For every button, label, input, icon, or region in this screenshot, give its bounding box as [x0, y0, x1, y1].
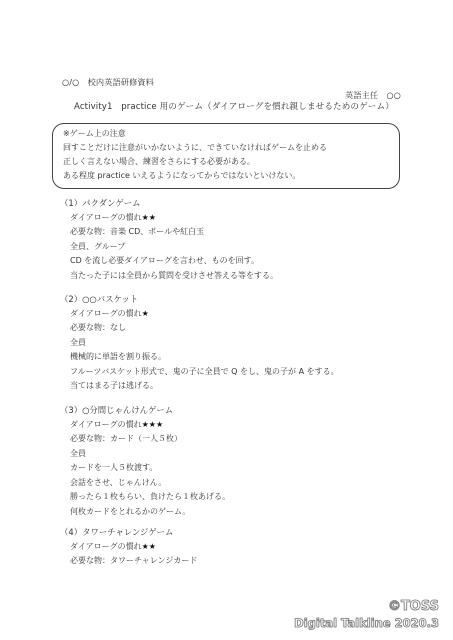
familiarity-rating: ダイアローグの慣れ★★	[60, 211, 278, 226]
section-item: CD を流し必要ダイアローグを言わせ、ものを回す。	[60, 254, 278, 269]
familiarity-label: ダイアローグの慣れ	[70, 309, 142, 318]
section-item: フルーツバスケット形式で、鬼の子に全員で Q をし、鬼の子が A をする。	[60, 365, 339, 380]
section-title: （2）○○バスケット	[60, 292, 339, 307]
familiarity-label: ダイアローグの慣れ	[70, 213, 142, 222]
section-item: 当てはまる子は逃げる。	[60, 379, 339, 394]
section-item: 必要な物：なし	[60, 321, 339, 336]
star-rating-icon: ★★★	[142, 420, 164, 429]
game-section-2: （2）○○バスケット ダイアローグの慣れ★ 必要な物：なし 全員 機械的に単語を…	[60, 292, 339, 394]
section-item: 当たった子には全員から質問を受けさせ答える等をする。	[60, 269, 278, 284]
section-title: （3）○分間じゃんけんゲーム	[60, 403, 230, 418]
notice-line: ある程度 practice いえるようになってからではないといけない。	[63, 170, 300, 182]
familiarity-rating: ダイアローグの慣れ★★	[60, 540, 197, 555]
star-rating-icon: ★	[142, 309, 149, 318]
familiarity-label: ダイアローグの慣れ	[70, 542, 142, 551]
notice-heading: ※ゲーム上の注意	[63, 128, 126, 140]
section-item: 全員、グループ	[60, 240, 278, 255]
document-date-line: ○/○ 校内英語研修資料	[62, 76, 154, 88]
document-author-line: 英語主任 ○○	[345, 89, 401, 101]
familiarity-label: ダイアローグの慣れ	[70, 420, 142, 429]
star-rating-icon: ★★	[142, 542, 156, 551]
section-item: 必要な物：カード（一人５枚）	[60, 432, 230, 447]
section-item: 必要な物：タワーチャレンジカード	[60, 554, 197, 569]
section-item: 会話をさせ、じゃんけん。	[60, 476, 230, 491]
section-item: 機械的に単語を割り振る。	[60, 350, 339, 365]
section-item: 全員	[60, 336, 339, 351]
publication-watermark: Digital Talkline 2020.3	[294, 616, 439, 630]
section-item: 必要な物：音楽 CD、ボールや紅白玉	[60, 225, 278, 240]
notice-line: 回すことだけに注意がいかないように、できていなければゲームを止める	[63, 142, 327, 154]
familiarity-rating: ダイアローグの慣れ★★★	[60, 418, 230, 433]
familiarity-rating: ダイアローグの慣れ★	[60, 307, 339, 322]
document-page: ○/○ 校内英語研修資料 英語主任 ○○ Activity1 practice …	[0, 0, 453, 640]
section-item: 何枚カードをとれるかのゲーム。	[60, 505, 230, 520]
game-section-3: （3）○分間じゃんけんゲーム ダイアローグの慣れ★★★ 必要な物：カード（一人５…	[60, 403, 230, 519]
section-item: 勝ったら１枚もらい、負けたら１枚あげる。	[60, 490, 230, 505]
game-notice-box: ※ゲーム上の注意 回すことだけに注意がいかないように、できていなければゲームを止…	[52, 123, 400, 189]
game-section-4: （4）タワーチャレンジゲーム ダイアローグの慣れ★★ 必要な物：タワーチャレンジ…	[60, 525, 197, 569]
notice-line: 正しく言えない場合、練習をさらにする必要がある。	[63, 156, 255, 168]
copyright-watermark: ©TOSS	[388, 599, 439, 614]
section-title: （4）タワーチャレンジゲーム	[60, 525, 197, 540]
section-item: 全員	[60, 447, 230, 462]
game-section-1: （1）パクダンゲーム ダイアローグの慣れ★★ 必要な物：音楽 CD、ボールや紅白…	[60, 196, 278, 283]
star-rating-icon: ★★	[142, 213, 156, 222]
section-title: （1）パクダンゲーム	[60, 196, 278, 211]
document-title: Activity1 practice 用のゲーム（ダイアローグを慣れ親しませるた…	[74, 101, 394, 113]
section-item: カードを一人５枚渡す。	[60, 461, 230, 476]
